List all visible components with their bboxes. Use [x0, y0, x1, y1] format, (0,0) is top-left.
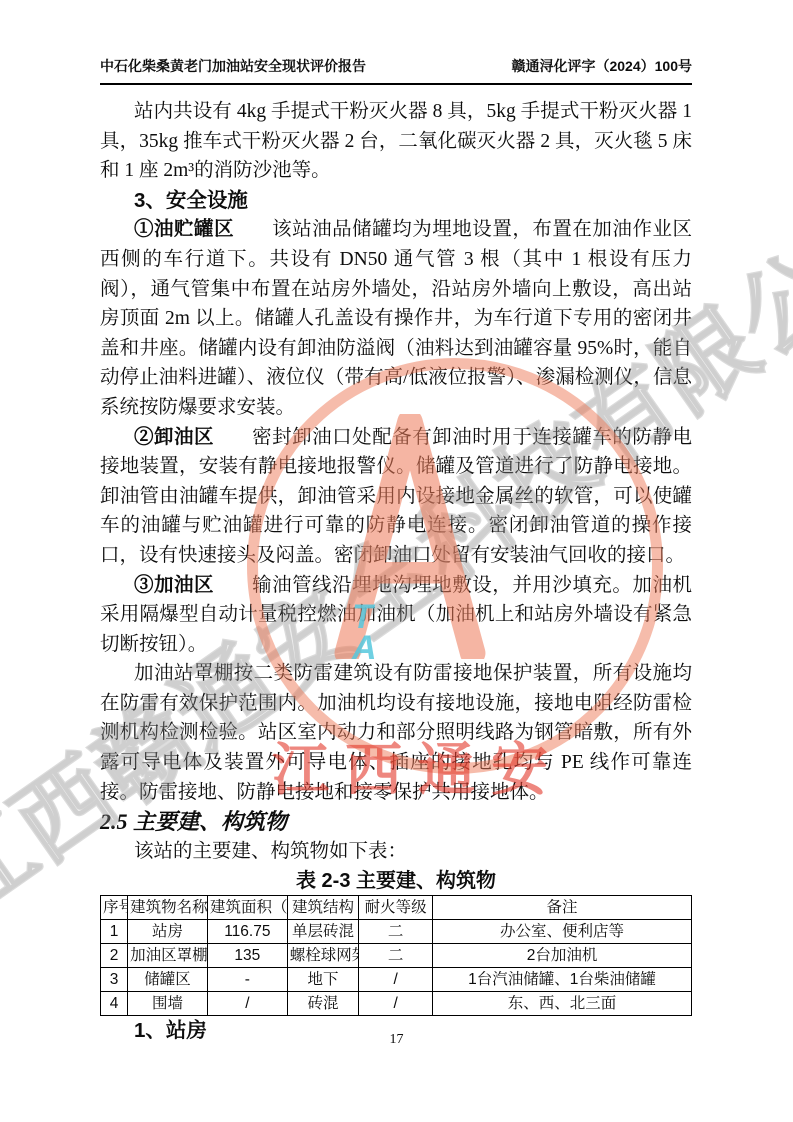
table-header-cell: 备注	[433, 895, 692, 919]
table-cell: 站房	[128, 919, 208, 943]
table-row: 3储罐区-地下/1台汽油储罐、1台柴油储罐	[101, 967, 692, 991]
table-header-cell: 耐火等级	[359, 895, 433, 919]
header-document-number: 赣通浔化评字（2024）100号	[511, 56, 692, 76]
table-cell: 3	[101, 967, 128, 991]
table-cell: 螺栓球网架	[287, 943, 359, 967]
paragraph-lightning-protection: 加油站罩棚按二类防雷建筑设有防雷接地保护装置，所有设施均在防雷有效保护范围内。加…	[100, 659, 692, 807]
table-cell: /	[359, 967, 433, 991]
table-body: 1站房116.75单层砖混二办公室、便利店等2加油区罩棚135螺栓球网架二2台加…	[101, 919, 692, 1015]
table-cell: 办公室、便利店等	[433, 919, 692, 943]
table-cell: 4	[101, 991, 128, 1015]
table-cell: 116.75	[207, 919, 287, 943]
table-cell: 135	[207, 943, 287, 967]
label-refueling-area: ③加油区	[134, 574, 252, 596]
label-tank-area: ①油贮罐区	[134, 218, 272, 240]
page-number: 17	[0, 1032, 793, 1048]
table-row: 4围墙/砖混/东、西、北三面	[101, 991, 692, 1015]
table-header-cell: 序号	[101, 895, 128, 919]
paragraph-table-intro: 该站的主要建、构筑物如下表：	[100, 837, 692, 867]
table-header-cell: 建筑结构	[287, 895, 359, 919]
page-header: 中石化柴桑黄老门加油站安全现状评价报告 赣通浔化评字（2024）100号	[100, 56, 692, 85]
paragraph-unloading-area: ②卸油区密封卸油口处配备有卸油时用于连接罐车的防静电接地装置，安装有静电接地报警…	[100, 423, 692, 571]
table-cell: /	[359, 991, 433, 1015]
table-head: 序号建筑物名称建筑面积（m²）建筑结构耐火等级备注	[101, 895, 692, 919]
table-cell: 加油区罩棚	[128, 943, 208, 967]
table-cell: 地下	[287, 967, 359, 991]
heading-safety-facilities: 3、安全设施	[100, 186, 692, 216]
paragraph-fire-equipment: 站内共设有 4kg 手提式干粉灭火器 8 具，5kg 手提式干粉灭火器 1 具，…	[100, 97, 692, 186]
text-tank-area: 该站油品储罐均为埋地设置，布置在加油作业区西侧的车行道下。共设有 DN50 通气…	[100, 219, 692, 418]
table-cell: 二	[359, 943, 433, 967]
table-header-row: 序号建筑物名称建筑面积（m²）建筑结构耐火等级备注	[101, 895, 692, 919]
table-cell: -	[207, 967, 287, 991]
table-cell: 东、西、北三面	[433, 991, 692, 1015]
label-unloading-area: ②卸油区	[134, 426, 252, 448]
heading-main-buildings: 2.5 主要建、构筑物	[100, 807, 692, 837]
table-cell: 围墙	[128, 991, 208, 1015]
header-report-title: 中石化柴桑黄老门加油站安全现状评价报告	[100, 56, 366, 76]
table-cell: 二	[359, 919, 433, 943]
table-cell: 单层砖混	[287, 919, 359, 943]
document-page: 江西赣通安全科技有限公司 TA 江西通安 中石化柴桑黄老门加油站安全现状评价报告…	[0, 0, 793, 1122]
table-row: 1站房116.75单层砖混二办公室、便利店等	[101, 919, 692, 943]
paragraph-tank-area: ①油贮罐区该站油品储罐均为埋地设置，布置在加油作业区西侧的车行道下。共设有 DN…	[100, 215, 692, 422]
buildings-table: 序号建筑物名称建筑面积（m²）建筑结构耐火等级备注 1站房116.75单层砖混二…	[100, 895, 692, 1016]
table-cell: 2台加油机	[433, 943, 692, 967]
page-content: 站内共设有 4kg 手提式干粉灭火器 8 具，5kg 手提式干粉灭火器 1 具，…	[100, 97, 692, 1045]
table-cell: 砖混	[287, 991, 359, 1015]
table-cell: 1台汽油储罐、1台柴油储罐	[433, 967, 692, 991]
table-row: 2加油区罩棚135螺栓球网架二2台加油机	[101, 943, 692, 967]
table-header-cell: 建筑面积（m²）	[207, 895, 287, 919]
table-cell: 储罐区	[128, 967, 208, 991]
paragraph-refueling-area: ③加油区输油管线沿埋地沟埋地敷设，并用沙填充。加油机采用隔爆型自动计量税控燃油加…	[100, 571, 692, 660]
table-caption: 表 2-3 主要建、构筑物	[100, 867, 692, 895]
table-cell: 1	[101, 919, 128, 943]
table-cell: /	[207, 991, 287, 1015]
table-header-cell: 建筑物名称	[128, 895, 208, 919]
table-cell: 2	[101, 943, 128, 967]
